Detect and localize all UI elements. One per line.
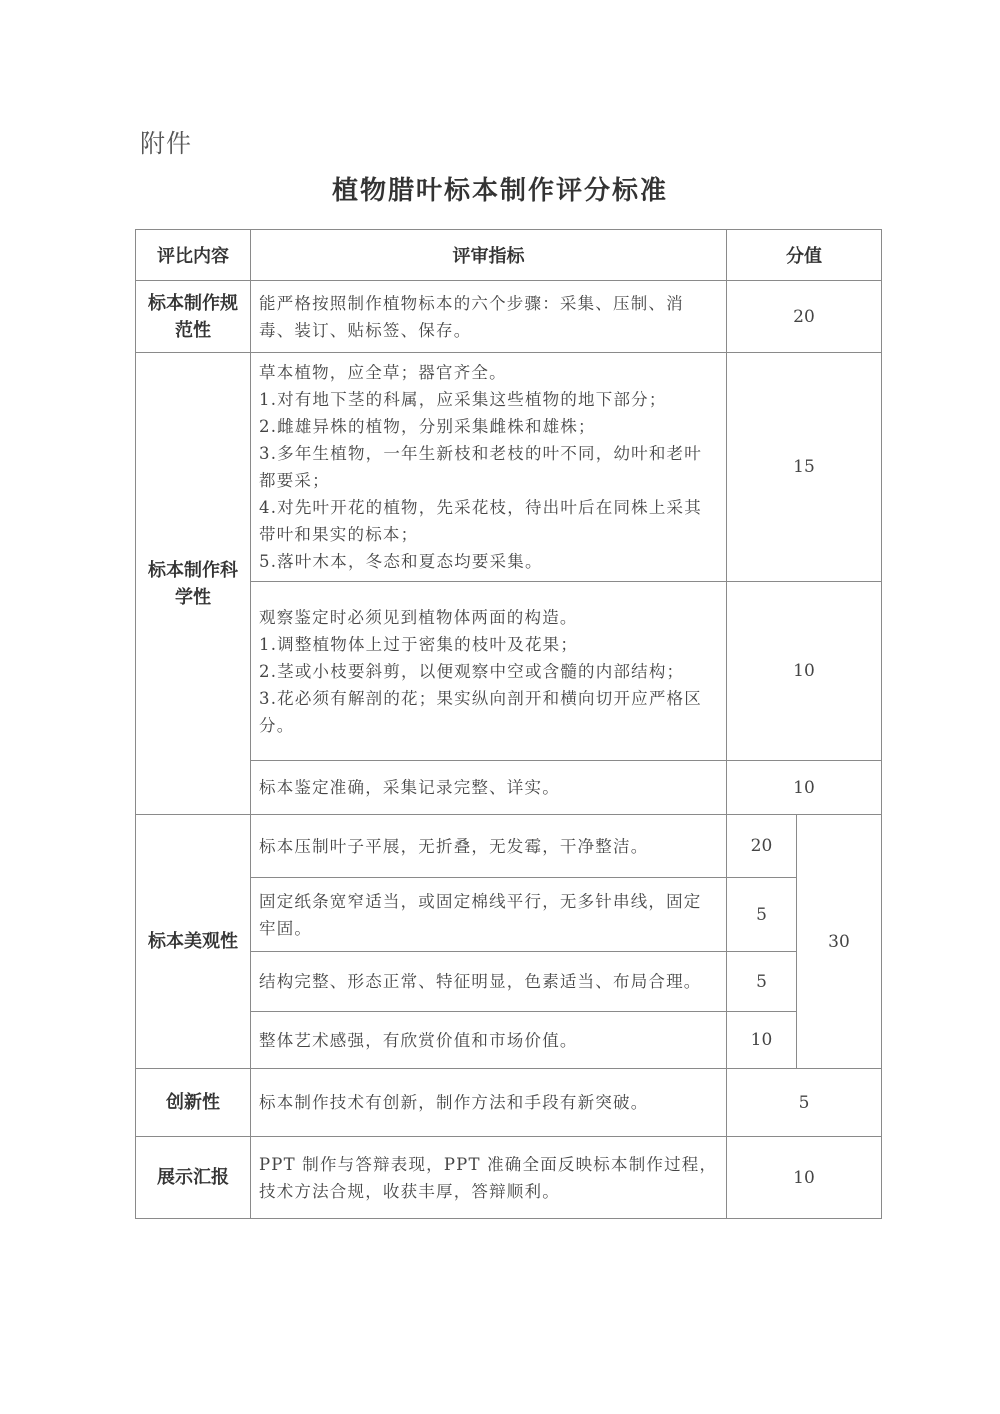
score-cell: 20 — [727, 281, 882, 353]
scoring-table: 评比内容 评审指标 分值 标本制作规范性 能严格按照制作植物标本的六个步骤：采集… — [135, 229, 882, 1219]
header-indicator: 评审指标 — [251, 230, 727, 281]
indicator-line: 草本植物，应全草；器官齐全。 — [259, 359, 718, 386]
score-cell: 10 — [727, 1012, 797, 1069]
indicator-cell: PPT 制作与答辩表现，PPT 准确全面反映标本制作过程，技术方法合规，收获丰厚… — [251, 1137, 727, 1219]
score-cell: 5 — [727, 878, 797, 952]
table-row: 标本制作科学性 草本植物，应全草；器官齐全。 1.对有地下茎的科属，应采集这些植… — [136, 353, 882, 582]
table-row: 展示汇报 PPT 制作与答辩表现，PPT 准确全面反映标本制作过程，技术方法合规… — [136, 1137, 882, 1219]
table-row: 标本美观性 标本压制叶子平展，无折叠，无发霉，干净整洁。 20 30 — [136, 815, 882, 878]
score-cell: 10 — [727, 582, 882, 761]
header-score: 分值 — [727, 230, 882, 281]
indicator-line: 3.多年生植物，一年生新枝和老枝的叶不同，幼叶和老叶都要采； — [259, 440, 718, 494]
indicator-cell: 能严格按照制作植物标本的六个步骤：采集、压制、消毒、装订、贴标签、保存。 — [251, 281, 727, 353]
indicator-line: 2.雌雄异株的植物，分别采集雌株和雄株； — [259, 413, 718, 440]
indicator-cell: 整体艺术感强，有欣赏价值和市场价值。 — [251, 1012, 727, 1069]
score-cell: 15 — [727, 353, 882, 582]
indicator-line: 1.调整植物体上过于密集的枝叶及花果； — [259, 631, 718, 658]
category-cell: 标本美观性 — [136, 815, 251, 1069]
indicator-cell: 标本制作技术有创新，制作方法和手段有新突破。 — [251, 1069, 727, 1137]
table-header-row: 评比内容 评审指标 分值 — [136, 230, 882, 281]
indicator-cell: 草本植物，应全草；器官齐全。 1.对有地下茎的科属，应采集这些植物的地下部分； … — [251, 353, 727, 582]
score-cell: 10 — [727, 1137, 882, 1219]
category-cell: 标本制作规范性 — [136, 281, 251, 353]
attachment-label: 附件 — [140, 124, 192, 160]
indicator-cell: 标本压制叶子平展，无折叠，无发霉，干净整洁。 — [251, 815, 727, 878]
category-cell: 创新性 — [136, 1069, 251, 1137]
category-cell: 展示汇报 — [136, 1137, 251, 1219]
table-row: 创新性 标本制作技术有创新，制作方法和手段有新突破。 5 — [136, 1069, 882, 1137]
category-cell: 标本制作科学性 — [136, 353, 251, 815]
indicator-cell: 固定纸条宽窄适当，或固定棉线平行，无多针串线，固定牢固。 — [251, 878, 727, 952]
score-cell: 5 — [727, 952, 797, 1012]
indicator-cell: 观察鉴定时必须见到植物体两面的构造。 1.调整植物体上过于密集的枝叶及花果； 2… — [251, 582, 727, 761]
indicator-cell: 标本鉴定准确，采集记录完整、详实。 — [251, 761, 727, 815]
indicator-line: 观察鉴定时必须见到植物体两面的构造。 — [259, 604, 718, 631]
score-cell: 5 — [727, 1069, 882, 1137]
indicator-line: 1.对有地下茎的科属，应采集这些植物的地下部分； — [259, 386, 718, 413]
table-row: 标本制作规范性 能严格按照制作植物标本的六个步骤：采集、压制、消毒、装订、贴标签… — [136, 281, 882, 353]
indicator-line: 3.花必须有解剖的花；果实纵向剖开和横向切开应严格区分。 — [259, 685, 718, 739]
document-title: 植物腊叶标本制作评分标准 — [0, 170, 1000, 207]
indicator-cell: 结构完整、形态正常、特征明显，色素适当、布局合理。 — [251, 952, 727, 1012]
indicator-line: 4.对先叶开花的植物，先采花枝，待出叶后在同株上采其带叶和果实的标本； — [259, 494, 718, 548]
score-cell: 10 — [727, 761, 882, 815]
total-score-cell: 30 — [797, 815, 882, 1069]
header-category: 评比内容 — [136, 230, 251, 281]
score-cell: 20 — [727, 815, 797, 878]
indicator-line: 5.落叶木本，冬态和夏态均要采集。 — [259, 548, 718, 575]
indicator-line: 2.茎或小枝要斜剪，以便观察中空或含髓的内部结构； — [259, 658, 718, 685]
